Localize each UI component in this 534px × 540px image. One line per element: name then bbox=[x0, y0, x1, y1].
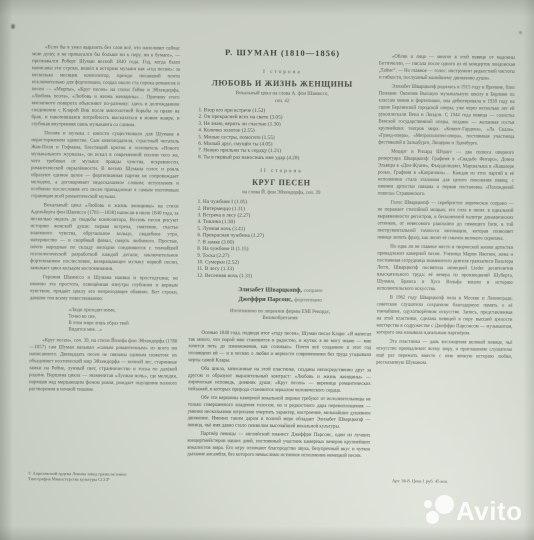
track-item: 12. Весенняя ночь (1.31) bbox=[197, 272, 372, 280]
verse-quote: «Люди проходят мимо, Точно во сне, В это… bbox=[68, 307, 177, 334]
publisher-imprint: © Апрелевский ордена Ленина завод грампл… bbox=[28, 471, 158, 488]
record-sleeve-photo: «Если бы я умел выразить без слов всё, ч… bbox=[0, 0, 534, 540]
tracklist-center-column: Р. ШУМАН (1810—1856) I сторона ЛЮБОВЬ И … bbox=[187, 43, 374, 467]
performer-role: фортепиано bbox=[294, 297, 322, 303]
performer-name: Джеффри Парсонс, bbox=[238, 295, 292, 303]
performer-soprano: Элизабет Шварцкопф, сопрано bbox=[189, 285, 372, 294]
side1-label: I сторона bbox=[191, 68, 374, 75]
paper-speck bbox=[11, 24, 15, 29]
cycle2-title: КРУГ ПЕСЕН bbox=[190, 178, 373, 189]
composer-title: Р. ШУМАН (1810—1856) bbox=[191, 47, 374, 59]
liner-notes-right-column: «Облик и лицо — многое в этой певице от … bbox=[375, 53, 515, 456]
cycle1-title: ЛЮБОВЬ И ЖИЗНЬ ЖЕНЩИНЫ bbox=[191, 79, 374, 90]
liner-notes-paragraph: Оба цикла, записанные на этой пластинке,… bbox=[188, 365, 371, 394]
liner-notes-paragraph: Голос Шварцкопф — серебристое лирическое… bbox=[377, 199, 513, 242]
performer-role: сопрано bbox=[304, 287, 323, 293]
liner-notes-paragraph: «Если бы я умел выразить без слов всё, ч… bbox=[31, 44, 180, 129]
liner-notes-paragraph: Осенью 1840 года, подводя итог «году пес… bbox=[188, 329, 371, 365]
verse-line: Видится мне…» bbox=[68, 326, 177, 334]
cycle1-subtitle: Вокальный цикл на слова А. фон Шамиссо, bbox=[191, 90, 374, 97]
avito-logo-icon bbox=[435, 495, 454, 514]
liner-notes-paragraph: Моцарт и Рихард Штраус — два полюса опер… bbox=[378, 148, 514, 198]
liner-notes-paragraph: Вокальный цикл «Любовь и жизнь женщины» … bbox=[30, 202, 179, 273]
liner-notes-paragraph: Героиня Шамиссо и Шумана наивна и просто… bbox=[30, 274, 178, 303]
side1-tracklist: 1. Взор его при встрече (1.52) 2. Он пре… bbox=[190, 107, 374, 162]
side2-label: II сторона bbox=[190, 167, 373, 174]
liner-notes-paragraph: Обе эти вершины камерной вокальной лирик… bbox=[187, 394, 370, 430]
performer-name: Элизабет Шварцкопф, bbox=[238, 286, 302, 294]
imprint-line: Типография Министерства культуры СССР bbox=[28, 476, 268, 484]
cycle2-subtitle: на слова Й. фон Эйхендорфа, соч. 39 bbox=[190, 189, 373, 196]
liner-notes-center-block: Осенью 1840 года, подводя итог «году пес… bbox=[187, 329, 371, 459]
track-item: 8. Ты в первый раз наносишь мне удар (4.… bbox=[198, 154, 373, 162]
liner-notes-paragraph: Партнёр певицы — английский пианист Джеф… bbox=[187, 430, 370, 459]
liner-notes-paragraph: Но едва ли не главное место в творческой… bbox=[377, 243, 513, 293]
avito-logo-icon bbox=[424, 500, 432, 508]
cycle1-opus: соч. 42 bbox=[191, 97, 374, 104]
avito-watermark: Avito bbox=[404, 494, 532, 536]
paper-speck bbox=[519, 31, 522, 34]
avito-wordmark: Avito bbox=[456, 496, 523, 527]
avito-logo-icon bbox=[426, 511, 439, 524]
catalog-text: Арт. 36-8. Цена 1 руб. 45 коп. bbox=[392, 478, 517, 484]
liner-notes-paragraph: Поэзия и музыка с юности существовали дл… bbox=[31, 130, 180, 201]
sleeve-print-area: «Если бы я умел выразить без слов всё, ч… bbox=[0, 0, 534, 540]
license-line: Великобритания bbox=[189, 314, 372, 322]
liner-notes-paragraph: «Круг песен», соч. 39, на стихи Йозефа ф… bbox=[29, 337, 178, 394]
liner-notes-paragraph: Элизабет Шварцкопф родилась в 1915 году … bbox=[378, 83, 515, 147]
liner-notes-paragraph: Эта пластинка — дань восхищения великой … bbox=[376, 338, 512, 367]
liner-notes-paragraph: «Облик и лицо — многое в этой певице от … bbox=[379, 53, 515, 82]
catalog-price-line: Арт. 36-8. Цена 1 руб. 45 коп. bbox=[392, 478, 517, 489]
liner-notes-paragraph: В 1962 году Шварцкопф пела в Москве и Ле… bbox=[376, 294, 512, 337]
liner-notes-left-column: «Если бы я умел выразить без слов всё, ч… bbox=[28, 44, 180, 465]
side2-tracklist: 1. На чужбине I (1.05) 2. Интермеццо (1.… bbox=[189, 198, 373, 280]
performer-piano: Джеффри Парсонс, фортепиано bbox=[189, 295, 372, 304]
license-note: Изготовлено по лицензии фирмы EMI Рекорд… bbox=[189, 308, 372, 322]
